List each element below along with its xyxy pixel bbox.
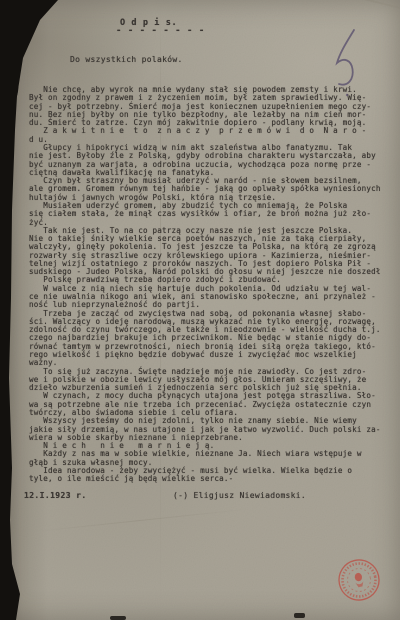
document-page: O d p i s. - - - - - - - - Do wszystkich… <box>0 0 400 620</box>
signature: (-) Eligjusz Niewiadomski. <box>173 491 306 500</box>
torn-edge-mark <box>294 613 305 618</box>
archive-stamp-icon <box>332 553 387 608</box>
salutation: Do wszystkich polaków. <box>70 55 183 64</box>
ink-smudge <box>5 77 20 105</box>
paper-crease <box>31 509 250 533</box>
letter-body: Nie chcę, aby wyrok na mnie wydany stał … <box>29 86 381 484</box>
paper-crease <box>252 0 400 16</box>
torn-edge-mark <box>110 616 126 620</box>
date: 12.I.1923 r. <box>24 491 87 500</box>
title-underline: - - - - - - - - <box>116 26 205 36</box>
scan-background: O d p i s. - - - - - - - - Do wszystkich… <box>0 0 400 620</box>
